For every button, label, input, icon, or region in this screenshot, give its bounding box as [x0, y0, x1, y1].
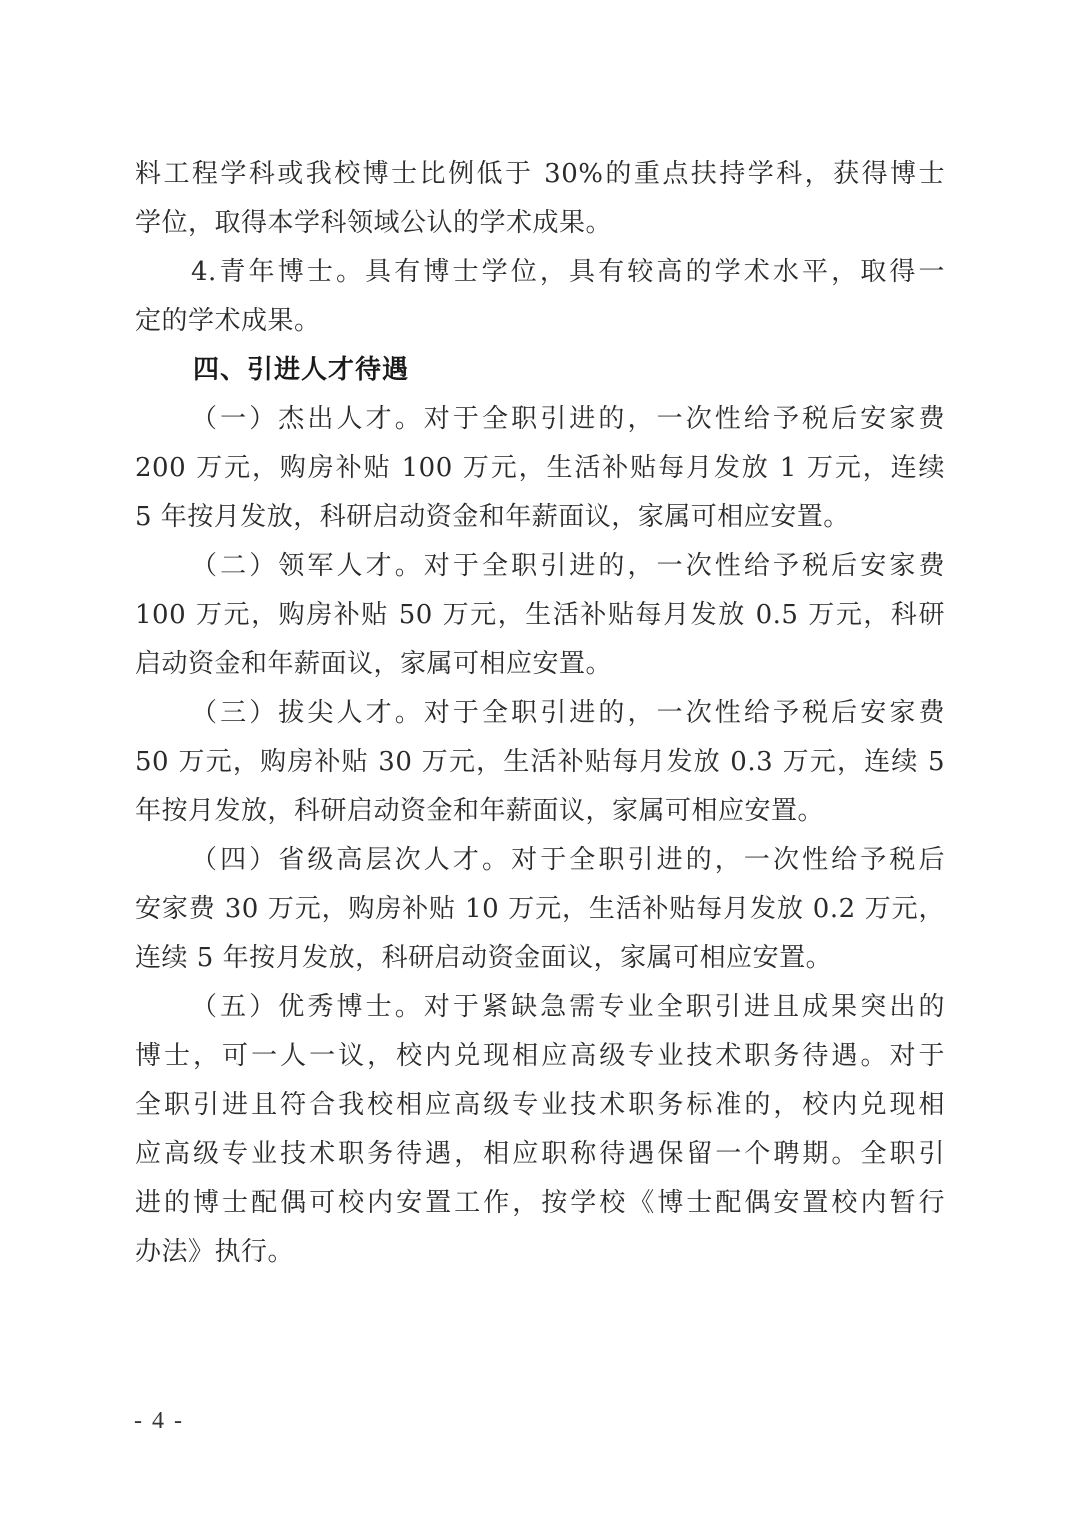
text-line: 定的学术成果。 [135, 297, 945, 346]
paragraph-item-4-young-phd: 4.青年博士。具有博士学位，具有较高的学术水平，取得一 定的学术成果。 [135, 248, 945, 346]
page-number: - 4 - [134, 1408, 184, 1435]
text-line: 应高级专业技术职务待遇，相应职称待遇保留一个聘期。全职引 [135, 1130, 945, 1179]
text-line: 5 年按月发放，科研启动资金和年薪面议，家属可相应安置。 [135, 493, 945, 542]
section-heading: 四、引进人才待遇 [135, 346, 945, 395]
text-line: （二）领军人才。对于全职引进的，一次性给予税后安家费 [135, 542, 945, 591]
text-line: 安家费 30 万元，购房补贴 10 万元，生活补贴每月发放 0.2 万元， [135, 885, 945, 934]
text-line: 博士，可一人一议，校内兑现相应高级专业技术职务待遇。对于 [135, 1032, 945, 1081]
text-line: （一）杰出人才。对于全职引进的，一次性给予税后安家费 [135, 395, 945, 444]
text-line: 启动资金和年薪面议，家属可相应安置。 [135, 640, 945, 689]
text-line: 料工程学科或我校博士比例低于 30%的重点扶持学科，获得博士 [135, 150, 945, 199]
paragraph-leading-talent: （二）领军人才。对于全职引进的，一次性给予税后安家费 100 万元，购房补贴 5… [135, 542, 945, 689]
paragraph-excellent-phd: （五）优秀博士。对于紧缺急需专业全职引进且成果突出的 博士，可一人一议，校内兑现… [135, 983, 945, 1277]
text-line: 50 万元，购房补贴 30 万元，生活补贴每月发放 0.3 万元，连续 5 [135, 738, 945, 787]
paragraph-top-talent: （三）拔尖人才。对于全职引进的，一次性给予税后安家费 50 万元，购房补贴 30… [135, 689, 945, 836]
text-line: 200 万元，购房补贴 100 万元，生活补贴每月发放 1 万元，连续 [135, 444, 945, 493]
paragraph-outstanding-talent: （一）杰出人才。对于全职引进的，一次性给予税后安家费 200 万元，购房补贴 1… [135, 395, 945, 542]
text-line: 全职引进且符合我校相应高级专业技术职务标准的，校内兑现相 [135, 1081, 945, 1130]
paragraph-item-3-continuation: 料工程学科或我校博士比例低于 30%的重点扶持学科，获得博士 学位，取得本学科领… [135, 150, 945, 248]
text-line: （五）优秀博士。对于紧缺急需专业全职引进且成果突出的 [135, 983, 945, 1032]
document-body: 料工程学科或我校博士比例低于 30%的重点扶持学科，获得博士 学位，取得本学科领… [135, 150, 945, 1277]
paragraph-provincial-talent: （四）省级高层次人才。对于全职引进的，一次性给予税后 安家费 30 万元，购房补… [135, 836, 945, 983]
text-line: （四）省级高层次人才。对于全职引进的，一次性给予税后 [135, 836, 945, 885]
text-line: 办法》执行。 [135, 1228, 945, 1277]
text-line: 连续 5 年按月发放，科研启动资金面议，家属可相应安置。 [135, 934, 945, 983]
text-line: 进的博士配偶可校内安置工作，按学校《博士配偶安置校内暂行 [135, 1179, 945, 1228]
text-line: 年按月发放，科研启动资金和年薪面议，家属可相应安置。 [135, 787, 945, 836]
text-line: 学位，取得本学科领域公认的学术成果。 [135, 199, 945, 248]
text-line: 100 万元，购房补贴 50 万元，生活补贴每月发放 0.5 万元，科研 [135, 591, 945, 640]
text-line: 4.青年博士。具有博士学位，具有较高的学术水平，取得一 [135, 248, 945, 297]
text-line: （三）拔尖人才。对于全职引进的，一次性给予税后安家费 [135, 689, 945, 738]
document-page: 料工程学科或我校博士比例低于 30%的重点扶持学科，获得博士 学位，取得本学科领… [0, 0, 1080, 1528]
